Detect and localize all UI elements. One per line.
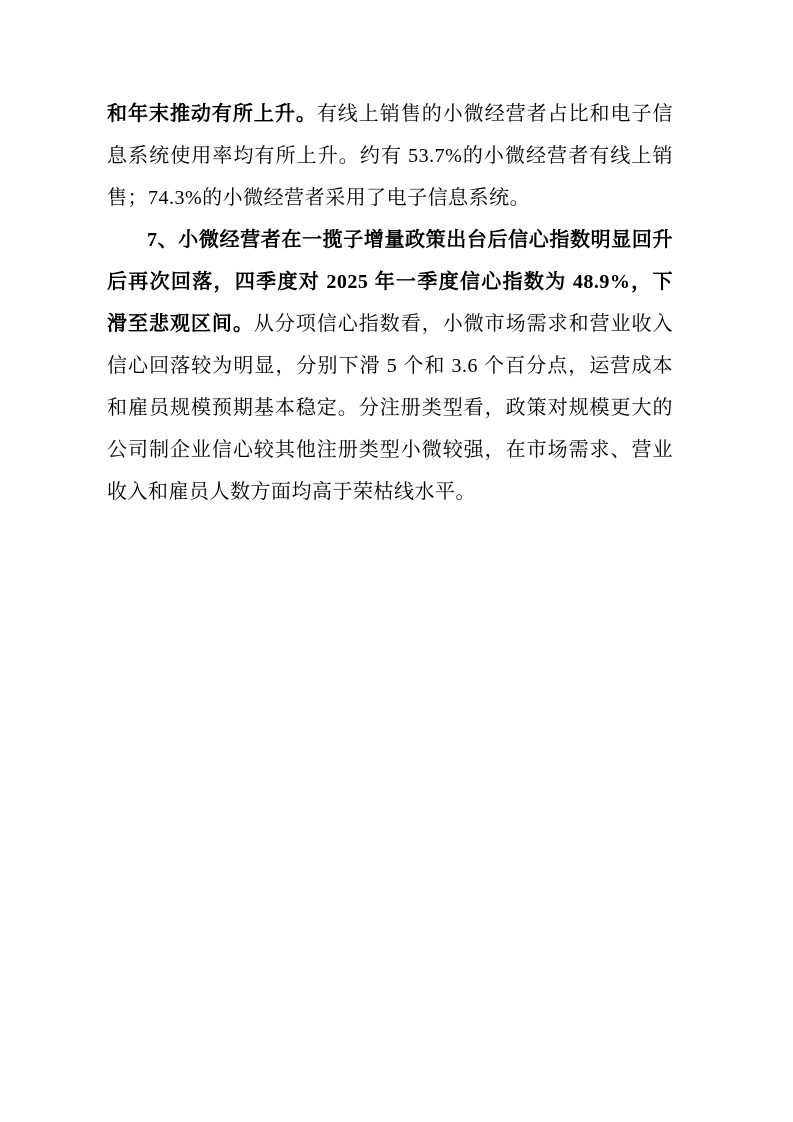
paragraph-2-body-text: 从分项信心指数看，小微市场需求和营业收入信心回落较为明显，分别下滑 5 个和 3…	[107, 313, 673, 503]
paragraph-1: 和年末推动有所上升。有线上销售的小微经营者占比和电子信息系统使用率均有所上升。约…	[107, 93, 673, 219]
paragraph-2: 7、小微经营者在一揽子增量政策出台后信心指数明显回升后再次回落，四季度对 202…	[107, 219, 673, 513]
document-body: 和年末推动有所上升。有线上销售的小微经营者占比和电子信息系统使用率均有所上升。约…	[107, 93, 673, 513]
paragraph-1-bold-lead: 和年末推动有所上升。	[107, 103, 317, 125]
